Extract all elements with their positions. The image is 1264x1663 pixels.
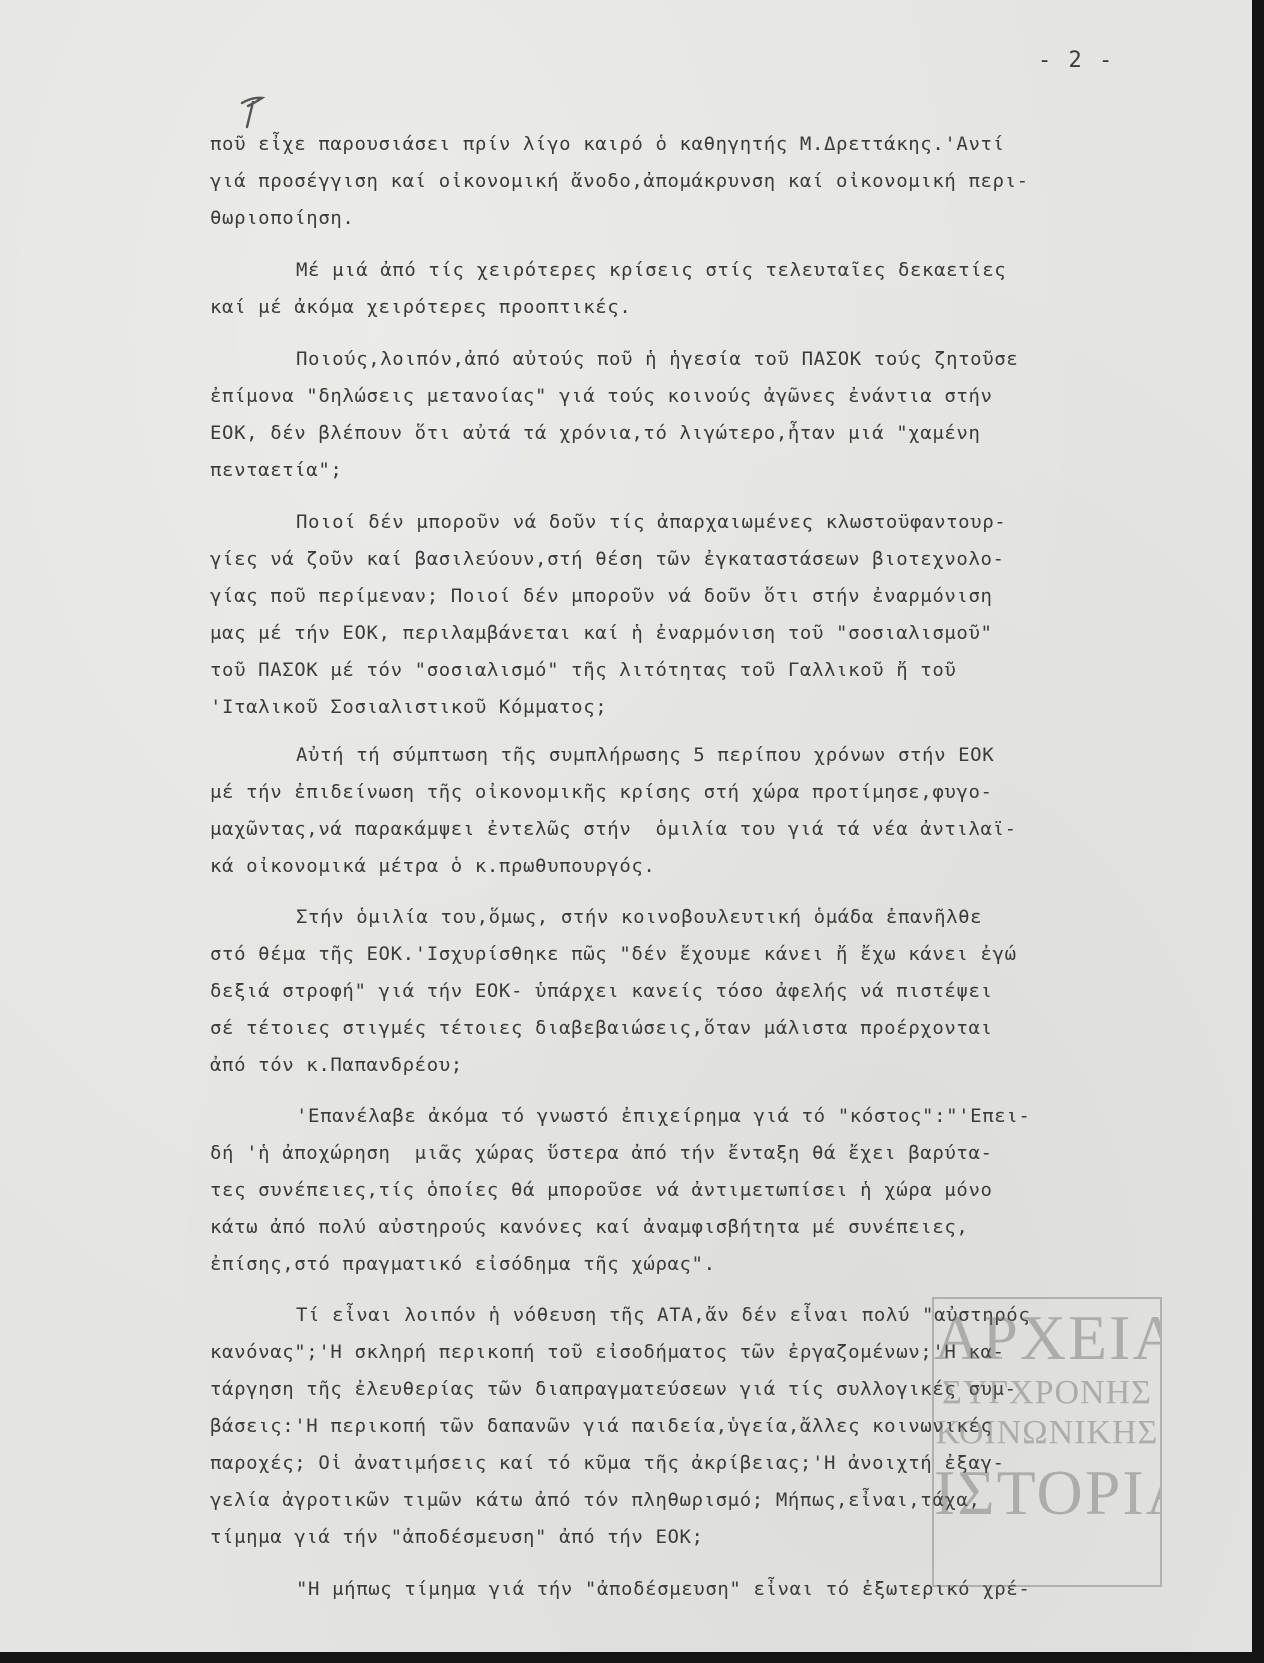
scan-border-bottom — [0, 1652, 1264, 1663]
text-line: 'Ιταλικοῦ Σοσιαλιστικοῦ Κόμματος; — [210, 695, 607, 719]
text-line: ἐπίμονα "δηλώσεις μετανοίας" γιά τούς κο… — [210, 384, 993, 408]
text-line: σέ τέτοιες στιγμές τέτοιες διαβεβαιώσεις… — [210, 1016, 993, 1040]
text-line: κάτω ἀπό πολύ αὐστηρούς κανόνες καί ἀναμ… — [210, 1215, 968, 1239]
text-line: δεξιά στροφή" γιά τήν ΕΟΚ- ὑπάρχει κανεί… — [210, 979, 993, 1003]
document-page: - 2 - ποῦ εἶχε παρουσιάσει πρίν λίγο και… — [0, 0, 1254, 1654]
handwritten-mark-icon — [238, 94, 268, 130]
text-line: ἐπίσης,στό πραγματικό εἰσόδημα τῆς χώρας… — [210, 1252, 716, 1276]
text-line: "Η μήπως τίμημα γιά τήν "ἀποδέσμευση" εἶ… — [296, 1577, 1030, 1601]
text-line: κά οἰκονομικά μέτρα ὁ κ.πρωθυπουργός. — [210, 854, 655, 878]
text-line: γελία ἀγροτικῶν τιμῶν κάτω ἀπό τόν πληθω… — [210, 1488, 981, 1512]
text-line: γίας ποῦ περίμεναν; Ποιοί δέν μποροῦν νά… — [210, 584, 993, 608]
text-line: Μέ μιά ἀπό τίς χειρότερες κρίσεις στίς τ… — [296, 258, 1006, 282]
text-line: ἀπό τόν κ.Παπανδρέου; — [210, 1053, 463, 1077]
text-line: 'Επανέλαβε ἀκόμα τό γνωστό ἐπιχείρημα γι… — [296, 1104, 1030, 1128]
text-line: Ποιοί δέν μποροῦν νά δοῦν τίς ἀπαρχαιωμέ… — [296, 510, 1006, 534]
text-line: θωριοποίηση. — [210, 206, 354, 230]
text-line: τίμημα γιά τήν "ἀποδέσμευση" ἀπό τήν ΕΟΚ… — [210, 1525, 704, 1549]
text-line: Τί εἶναι λοιπόν ἡ νόθευση τῆς ΑΤΑ,ἄν δέν… — [296, 1303, 1030, 1327]
text-line: γιά προσέγγιση καί οἰκονομική ἄνοδο,ἀπομ… — [210, 169, 1029, 193]
text-line: δή 'ἡ ἀποχώρηση μιᾶς χώρας ὕστερα ἀπό τή… — [210, 1141, 993, 1165]
text-line: κανόνας";'Η σκληρή περικοπή τοῦ εἰσοδήμα… — [210, 1340, 1005, 1364]
text-line: ΕΟΚ, δέν βλέπουν ὅτι αὐτά τά χρόνια,τό λ… — [210, 421, 981, 445]
text-line: πενταετία"; — [210, 458, 342, 482]
text-line: γίες νά ζοῦν καί βασιλεύουν,στή θέση τῶν… — [210, 547, 1005, 571]
text-line: τοῦ ΠΑΣΟΚ μέ τόν "σοσιαλισμό" τῆς λιτότη… — [210, 658, 956, 682]
scan-border-right — [1252, 0, 1264, 1663]
text-line: μαχῶντας,νά παρακάμψει ἐντελῶς στήν ὁμιλ… — [210, 817, 1017, 841]
text-line: ποῦ εἶχε παρουσιάσει πρίν λίγο καιρό ὁ κ… — [210, 132, 1005, 156]
text-line: Αὐτή τή σύμπτωση τῆς συμπλήρωσης 5 περίπ… — [296, 743, 994, 767]
page-number: - 2 - — [1038, 48, 1114, 73]
text-line: τάργηση τῆς ἐλευθερίας τῶν διαπραγματεύσ… — [210, 1377, 1017, 1401]
text-line: βάσεις:'Η περικοπή τῶν δαπανῶν γιά παιδε… — [210, 1414, 993, 1438]
text-line: τες συνέπειες,τίς ὁποίες θά μποροῦσε νά … — [210, 1178, 993, 1202]
text-line: μέ τήν ἐπιδείνωση τῆς οἰκονομικῆς κρίσης… — [210, 780, 993, 804]
text-line: Στήν ὁμιλία του,ὅμως, στήν κοινοβουλευτι… — [296, 905, 982, 929]
text-line: Ποιούς,λοιπόν,ἀπό αὐτούς ποῦ ἡ ἡγεσία το… — [296, 347, 1018, 371]
text-line: παροχές; Οἱ ἀνατιμήσεις καί τό κῦμα τῆς … — [210, 1451, 1005, 1475]
text-line: καί μέ ἀκόμα χειρότερες προοπτικές. — [210, 295, 631, 319]
text-line: στό θέμα τῆς ΕΟΚ.'Ισχυρίσθηκε πῶς "δέν ἔ… — [210, 942, 1017, 966]
text-line: μας μέ τήν ΕΟΚ, περιλαμβάνεται καί ἡ ἐνα… — [210, 621, 993, 645]
